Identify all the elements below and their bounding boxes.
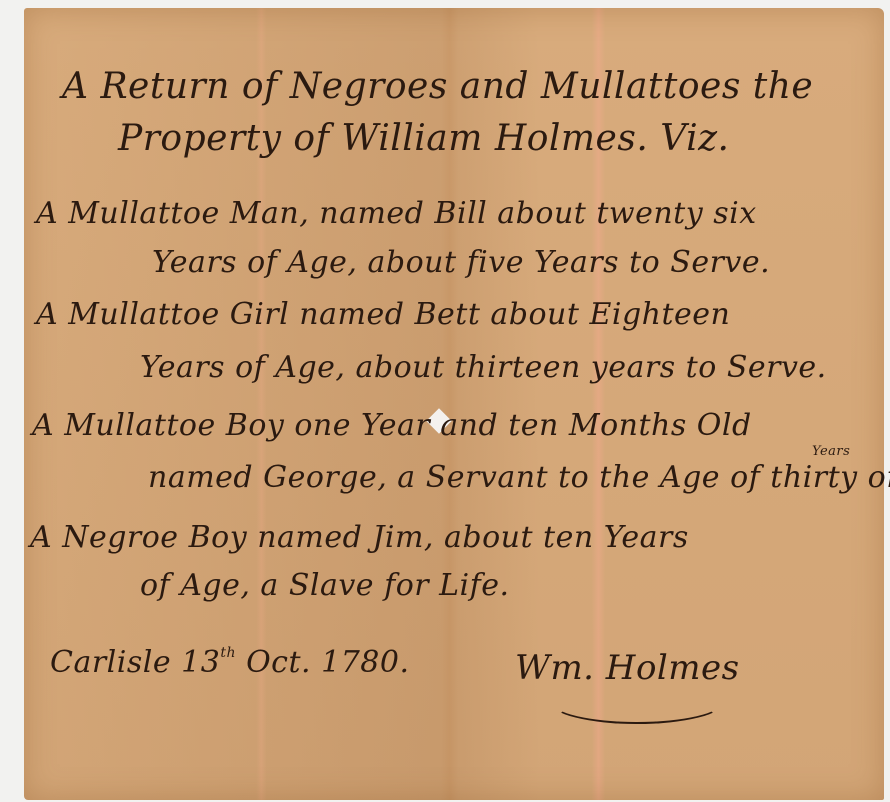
day-suffix: th (220, 645, 236, 661)
entry-1-line-2: Years of Age, about five Years to Serve. (152, 245, 770, 280)
month: Oct. (246, 645, 311, 680)
place: Carlisle (50, 645, 171, 680)
entry-1-line-1: A Mullattoe Man, named Bill about twenty… (36, 196, 757, 231)
heading-line-2: Property of William Holmes. Viz. (118, 118, 730, 159)
signature-flourish (550, 680, 724, 724)
entry-3-interlineation: Years (812, 444, 850, 459)
entry-4-line-2: of Age, a Slave for Life. (140, 568, 510, 603)
place-date: Carlisle 13th Oct. 1780. (50, 645, 410, 680)
day: 13 (181, 645, 220, 680)
entry-2-line-2: Years of Age, about thirteen years to Se… (140, 350, 827, 385)
entry-3-line-1: A Mullattoe Boy one Year and ten Months … (32, 408, 752, 443)
heading-line-1: A Return of Negroes and Mullattoes the (62, 66, 813, 107)
entry-4-line-1: A Negroe Boy named Jim, about ten Years (30, 520, 689, 555)
entry-3-line-2: named George, a Servant to the Age of th… (148, 460, 890, 495)
year: 1780. (321, 645, 409, 680)
entry-2-line-1: A Mullattoe Girl named Bett about Eighte… (36, 297, 730, 332)
